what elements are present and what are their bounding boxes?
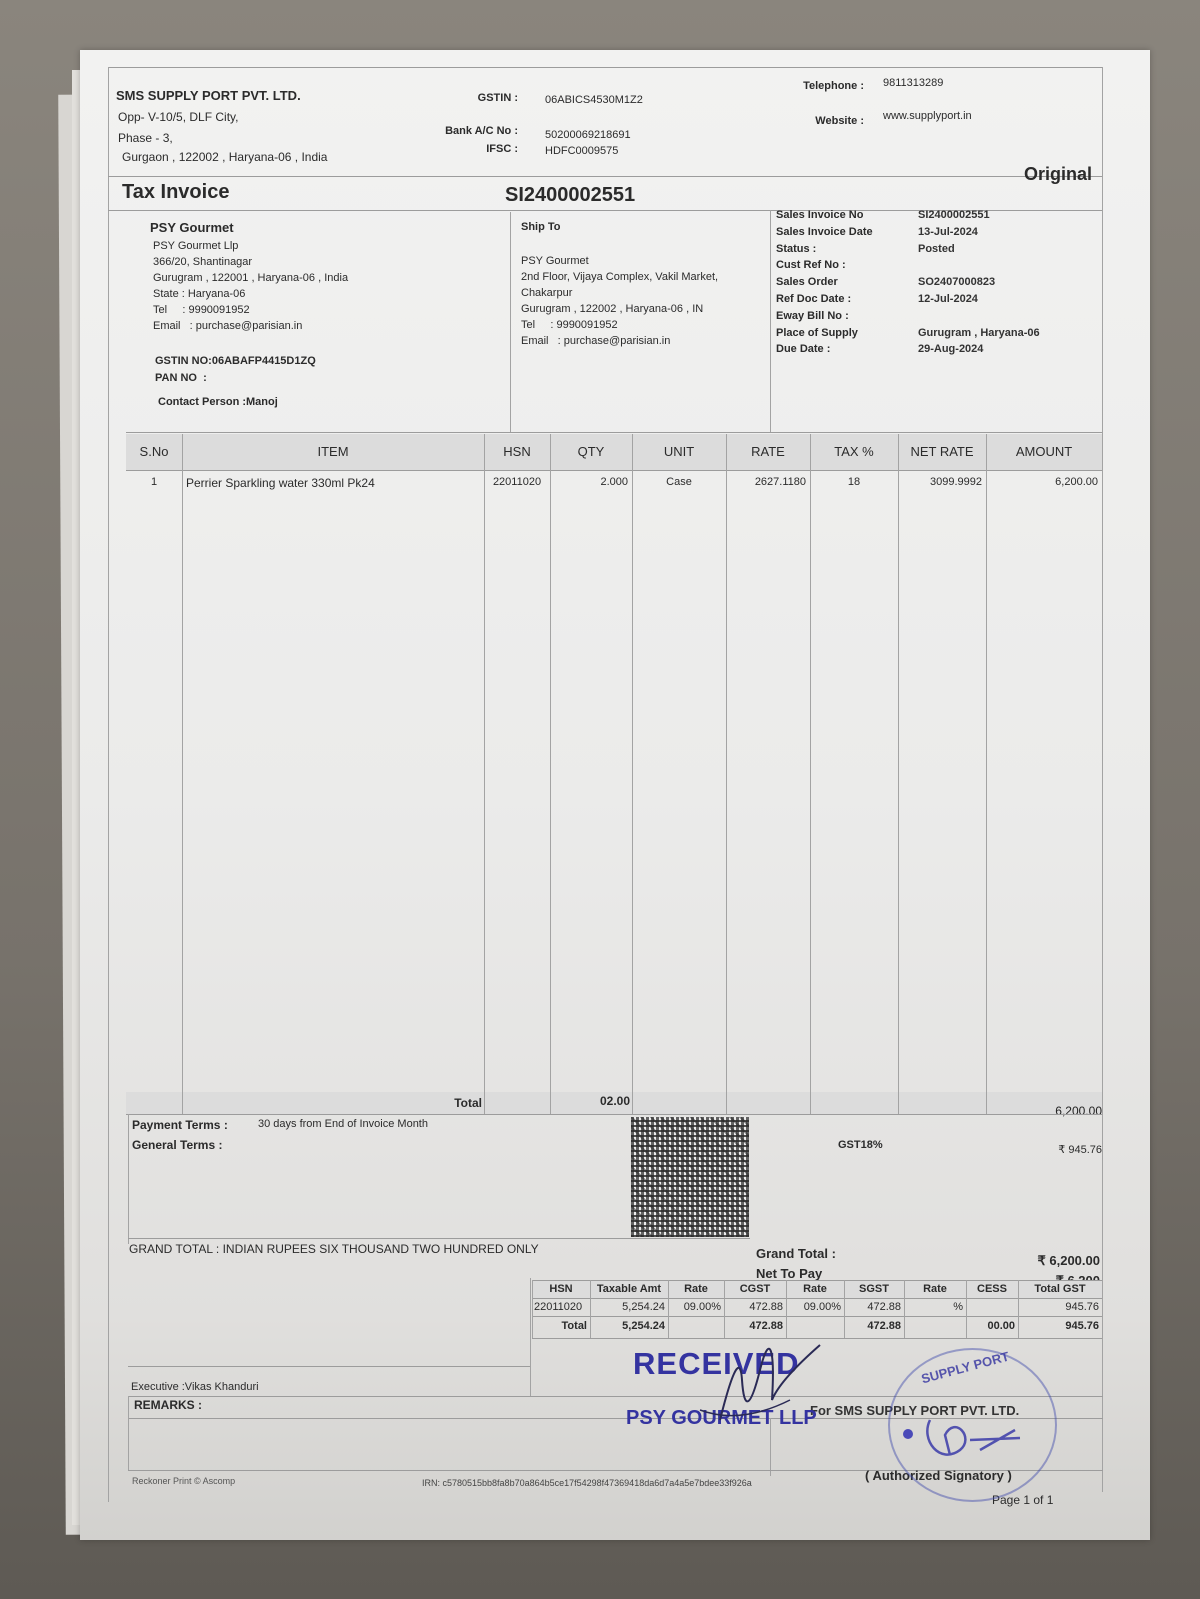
ship-to-label: Ship To <box>521 221 561 233</box>
column-divider <box>484 434 485 1114</box>
hsn-total-taxable: 5,254.24 <box>592 1320 665 1332</box>
hsn-cell-cgst: 472.88 <box>726 1301 783 1313</box>
meta-label: Due Date : <box>776 341 830 358</box>
invoice-number-heading: SI2400002551 <box>505 184 635 207</box>
hsn-column-header: Rate <box>786 1283 844 1295</box>
hsn-column-header: Taxable Amt <box>590 1283 668 1295</box>
column-header: AMOUNT <box>986 444 1102 459</box>
hsn-total-label: Total <box>534 1320 587 1332</box>
gstin-label: GSTIN : <box>430 92 518 104</box>
column-divider <box>182 434 183 1114</box>
meta-row: Eway Bill No : <box>776 308 1096 325</box>
copy-type: Original <box>960 164 1092 185</box>
seller-name: SMS SUPPLY PORT PVT. LTD. <box>116 88 301 103</box>
qr-code <box>631 1117 749 1237</box>
item-cell-net-rate: 3099.9992 <box>902 476 982 488</box>
column-header: S.No <box>126 444 182 459</box>
meta-value: 12-Jul-2024 <box>918 291 978 308</box>
meta-value: 29-Aug-2024 <box>918 341 983 358</box>
column-header: RATE <box>726 444 810 459</box>
column-divider <box>632 434 633 1114</box>
item-cell-sno: 1 <box>130 476 178 488</box>
meta-row: Sales Invoice Date13-Jul-2024 <box>776 224 1096 241</box>
meta-value: Gurugram , Haryana-06 <box>918 325 1040 342</box>
seller-address-line2: Phase - 3, <box>118 131 173 145</box>
hsn-column-header: Rate <box>668 1283 724 1295</box>
ifsc-code: HDFC0009575 <box>545 145 618 157</box>
meta-row: Place of SupplyGurugram , Haryana-06 <box>776 325 1096 342</box>
website-label: Website : <box>760 115 864 127</box>
ship-to-name: PSY Gourmet <box>521 253 718 269</box>
meta-value: 13-Jul-2024 <box>918 224 978 241</box>
meta-label: Place of Supply <box>776 325 858 342</box>
bill-to-line3: Gurugram , 122001 , Haryana-06 , India <box>153 270 348 286</box>
printed-by: Reckoner Print © Ascomp <box>132 1476 235 1486</box>
meta-row: Due Date :29-Aug-2024 <box>776 341 1096 358</box>
authorized-signature-icon <box>900 1410 1030 1470</box>
seller-gstin: 06ABICS4530M1Z2 <box>545 94 643 106</box>
hsn-total-total-gst: 945.76 <box>1020 1320 1099 1332</box>
gst-amount: ₹ 945.76 <box>980 1143 1102 1156</box>
hsn-column-header: CESS <box>966 1283 1018 1295</box>
meta-row: Ref Doc Date :12-Jul-2024 <box>776 291 1096 308</box>
seller-telephone: 9811313289 <box>883 77 943 89</box>
ship-to-email: Email : purchase@parisian.in <box>521 333 718 349</box>
bill-to-line2: 366/20, Shantinagar <box>153 254 348 270</box>
ship-to-line2: Chakarpur <box>521 285 718 301</box>
hsn-cell-taxable: 5,254.24 <box>592 1301 665 1313</box>
invoice-meta: Sales Invoice NoSI2400002551Sales Invoic… <box>776 207 1096 358</box>
items-total-label: Total <box>410 1096 482 1110</box>
column-divider <box>986 434 987 1114</box>
payment-terms-value: 30 days from End of Invoice Month <box>258 1118 428 1130</box>
hsn-row-line <box>532 1338 1102 1339</box>
hsn-cell-sgst: 472.88 <box>846 1301 901 1313</box>
hsn-column-header: HSN <box>532 1283 590 1295</box>
column-header: HSN <box>484 444 550 459</box>
hsn-cell-total-gst: 945.76 <box>1020 1301 1099 1313</box>
telephone-label: Telephone : <box>760 80 864 92</box>
column-header: ITEM <box>182 444 484 459</box>
ifsc-label: IFSC : <box>440 143 518 155</box>
item-cell-amount: 6,200.00 <box>990 476 1098 488</box>
bill-to-pan: PAN NO : <box>155 372 207 384</box>
meta-row: Sales OrderSO2407000823 <box>776 274 1096 291</box>
meta-value: Posted <box>918 241 955 258</box>
grand-total-value: ₹ 6,200.00 <box>960 1253 1100 1269</box>
hsn-total-cgst: 472.88 <box>726 1320 783 1332</box>
net-to-pay-label: Net To Pay <box>756 1266 822 1281</box>
payment-terms-label: Payment Terms : <box>132 1118 228 1132</box>
column-header: NET RATE <box>898 444 986 459</box>
document-title: Tax Invoice <box>122 181 229 204</box>
seller-website[interactable]: www.supplyport.in <box>883 110 972 122</box>
meta-row: Status :Posted <box>776 241 1096 258</box>
hsn-cell-cgst-rate: 09.00% <box>670 1301 721 1313</box>
hsn-row-line <box>532 1316 1102 1317</box>
bill-to-tel: Tel : 9990091952 <box>153 302 348 318</box>
bill-to-gstin: GSTIN NO:06ABAFP4415D1ZQ <box>155 355 316 367</box>
grand-total-in-words: GRAND TOTAL : INDIAN RUPEES SIX THOUSAND… <box>129 1242 539 1256</box>
meta-label: Sales Invoice No <box>776 207 863 224</box>
meta-label: Cust Ref No : <box>776 257 846 274</box>
irn-number: IRN: c5780515bb8fa8b70a864b5ce17f54298f4… <box>422 1478 752 1488</box>
column-header: QTY <box>550 444 632 459</box>
grand-total-label: Grand Total : <box>756 1246 836 1261</box>
column-divider <box>550 434 551 1114</box>
hsn-column-header: SGST <box>844 1283 904 1295</box>
hsn-cell-cess-rate: % <box>906 1301 963 1313</box>
item-cell-unit: Case <box>636 476 722 488</box>
hsn-cell-sgst-rate: 09.00% <box>788 1301 841 1313</box>
column-divider <box>898 434 899 1114</box>
bill-to-line1: PSY Gourmet Llp <box>153 238 348 254</box>
meta-row: Sales Invoice NoSI2400002551 <box>776 207 1096 224</box>
item-cell-hsn: 22011020 <box>488 476 546 488</box>
item-cell-tax: 18 <box>814 476 894 488</box>
meta-label: Status : <box>776 241 816 258</box>
meta-label: Ref Doc Date : <box>776 291 851 308</box>
item-cell-rate: 2627.1180 <box>730 476 806 488</box>
general-terms-label: General Terms : <box>132 1138 222 1152</box>
column-header: UNIT <box>632 444 726 459</box>
hsn-total-sgst: 472.88 <box>846 1320 901 1332</box>
column-divider <box>726 434 727 1114</box>
seller-address-line1: Opp- V-10/5, DLF City, <box>118 110 239 124</box>
ship-to-line1: 2nd Floor, Vijaya Complex, Vakil Market, <box>521 269 718 285</box>
bill-to-name: PSY Gourmet <box>150 220 234 235</box>
item-cell-qty: 2.000 <box>554 476 628 488</box>
bank-ac-label: Bank A/C No : <box>410 125 518 137</box>
ship-to-line3: Gurugram , 122002 , Haryana-06 , IN <box>521 301 718 317</box>
meta-label: Sales Order <box>776 274 838 291</box>
hsn-column-header: CGST <box>724 1283 786 1295</box>
executive-name: Executive :Vikas Khanduri <box>131 1381 259 1393</box>
hsn-total-cess: 00.00 <box>968 1320 1015 1332</box>
column-header: TAX % <box>810 444 898 459</box>
bill-to-state: State : Haryana-06 <box>153 286 348 302</box>
hsn-row-line <box>532 1298 1102 1299</box>
ship-to-tel: Tel : 9990091952 <box>521 317 718 333</box>
signature-icon <box>680 1340 840 1430</box>
invoice-page: SMS SUPPLY PORT PVT. LTD. Opp- V-10/5, D… <box>80 50 1150 1540</box>
bank-ac-number: 50200069218691 <box>545 129 631 141</box>
meta-row: Cust Ref No : <box>776 257 1096 274</box>
hsn-column-header: Rate <box>904 1283 966 1295</box>
meta-value: SO2407000823 <box>918 274 995 291</box>
items-total-qty: 02.00 <box>550 1094 630 1108</box>
hsn-row-line <box>532 1280 1102 1281</box>
meta-value: SI2400002551 <box>918 207 990 224</box>
items-total-amount: 6,200.00 <box>980 1104 1102 1118</box>
bill-to-address: PSY Gourmet Llp 366/20, Shantinagar Guru… <box>153 238 348 334</box>
gst-rate-label: GST18% <box>838 1139 883 1151</box>
contact-person: Contact Person :Manoj <box>158 396 278 408</box>
seller-address-line3: Gurgaon , 122002 , Haryana-06 , India <box>122 150 327 164</box>
hsn-column-header: Total GST <box>1018 1283 1102 1295</box>
ship-to-address: PSY Gourmet 2nd Floor, Vijaya Complex, V… <box>521 253 718 349</box>
remarks-label: REMARKS : <box>134 1398 202 1412</box>
item-cell-item: Perrier Sparkling water 330ml Pk24 <box>186 476 480 490</box>
column-divider <box>810 434 811 1114</box>
bill-to-email: Email : purchase@parisian.in <box>153 318 348 334</box>
meta-label: Eway Bill No : <box>776 308 849 325</box>
meta-label: Sales Invoice Date <box>776 224 873 241</box>
hsn-cell-hsn: 22011020 <box>534 1301 587 1313</box>
